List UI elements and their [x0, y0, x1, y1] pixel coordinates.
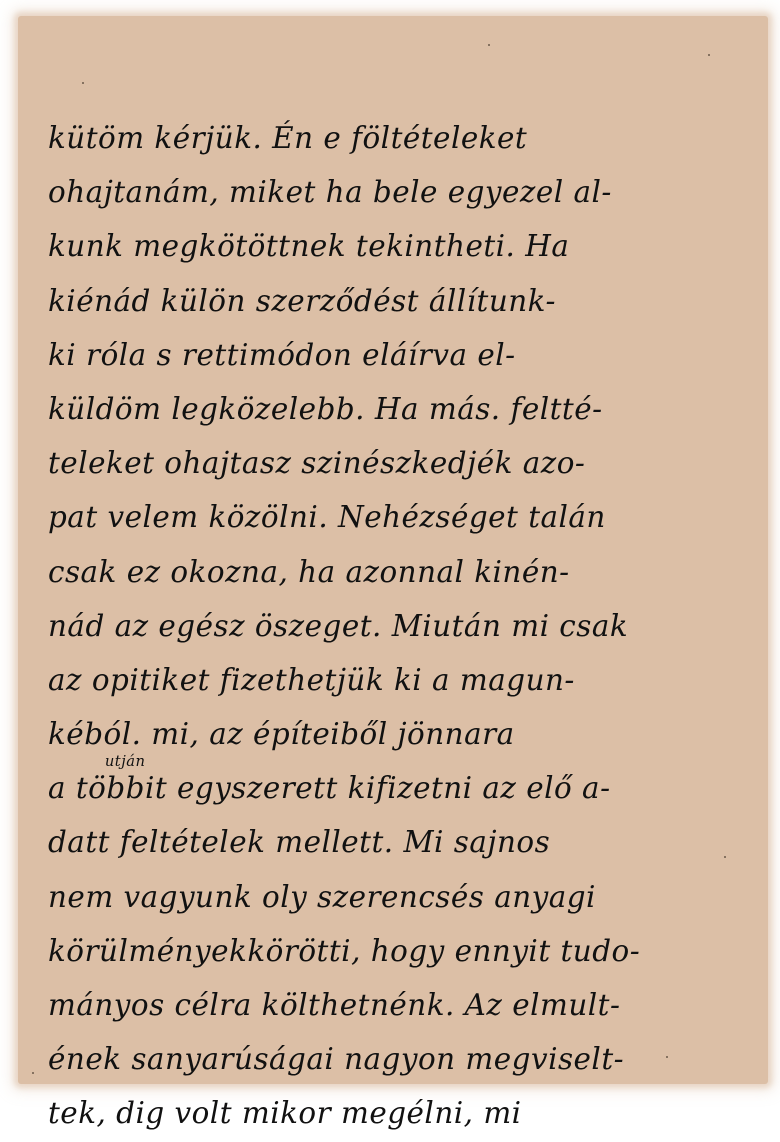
- line-text: ohajtanám, miket ha bele egyezel al-: [48, 166, 612, 220]
- paper-speck: [82, 82, 84, 84]
- line-text: az opitiket fizethetjük ki a magun-: [48, 654, 575, 708]
- text-line-13: utján a többit egyszerett kifizetni az e…: [48, 762, 734, 816]
- paper-sheet: kütöm kérjük. Én e föltételeket ohajtaná…: [18, 16, 768, 1084]
- text-line-2: ohajtanám, miket ha bele egyezel al-: [48, 166, 734, 220]
- text-line-19: tek, dig volt mikor megélni, mi: [48, 1087, 734, 1100]
- paper-speck: [488, 44, 490, 46]
- line-text: ének sanyarúságai nagyon megviselt-: [48, 1033, 624, 1087]
- text-line-12: kéból. mi, az építeiből jönnara: [48, 708, 734, 762]
- line-text: a többit egyszerett kifizetni az elő a-: [48, 762, 611, 816]
- handwritten-text-block: kütöm kérjük. Én e föltételeket ohajtaná…: [48, 112, 748, 1100]
- line-text: körülményekkörötti, hogy ennyit tudo-: [48, 925, 640, 979]
- text-line-3: kunk megkötöttnek tekintheti. Ha: [48, 220, 734, 274]
- text-line-7: teleket ohajtasz szinészkedjék azo-: [48, 437, 734, 491]
- line-text: nád az egész öszeget. Miután mi csak: [48, 600, 628, 654]
- paper-speck: [708, 54, 710, 56]
- line-text: küldöm legközelebb. Ha más. feltté-: [48, 383, 603, 437]
- paper-speck: [32, 1072, 34, 1074]
- text-line-18: ének sanyarúságai nagyon megviselt-: [48, 1033, 734, 1087]
- line-text: nem vagyunk oly szerencsés anyagi: [48, 871, 596, 925]
- line-text: tek, dig volt mikor megélni, mi: [48, 1087, 522, 1100]
- line-text: teleket ohajtasz szinészkedjék azo-: [48, 437, 585, 491]
- text-line-8: pat velem közölni. Nehézséget talán: [48, 491, 734, 545]
- text-line-11: az opitiket fizethetjük ki a magun-: [48, 654, 734, 708]
- paper-speck: [666, 1056, 668, 1058]
- text-line-15: nem vagyunk oly szerencsés anyagi: [48, 871, 734, 925]
- text-line-17: mányos célra költhetnénk. Az elmult-: [48, 979, 734, 1033]
- line-text: kütöm kérjük. Én e föltételeket: [48, 112, 527, 166]
- line-text: ki róla s rettimódon eláírva el-: [48, 329, 516, 383]
- line-text: csak ez okozna, ha azonnal kinén-: [48, 546, 570, 600]
- text-line-1: kütöm kérjük. Én e föltételeket: [48, 112, 734, 166]
- text-line-6: küldöm legközelebb. Ha más. feltté-: [48, 383, 734, 437]
- text-line-14: datt feltételek mellett. Mi sajnos: [48, 816, 734, 870]
- line-text: pat velem közölni. Nehézséget talán: [48, 491, 606, 545]
- line-text: kiénád külön szerződést állítunk-: [48, 275, 556, 329]
- line-text: kunk megkötöttnek tekintheti. Ha: [48, 220, 569, 274]
- text-line-10: nád az egész öszeget. Miután mi csak: [48, 600, 734, 654]
- line-text: mányos célra költhetnénk. Az elmult-: [48, 979, 620, 1033]
- text-line-9: csak ez okozna, ha azonnal kinén-: [48, 546, 734, 600]
- text-line-5: ki róla s rettimódon eláírva el-: [48, 329, 734, 383]
- line-text: datt feltételek mellett. Mi sajnos: [48, 816, 550, 870]
- text-line-4: kiénád külön szerződést állítunk-: [48, 275, 734, 329]
- interlinear-note: utján: [105, 754, 146, 769]
- paper-speck: [724, 856, 726, 858]
- text-line-16: körülményekkörötti, hogy ennyit tudo-: [48, 925, 734, 979]
